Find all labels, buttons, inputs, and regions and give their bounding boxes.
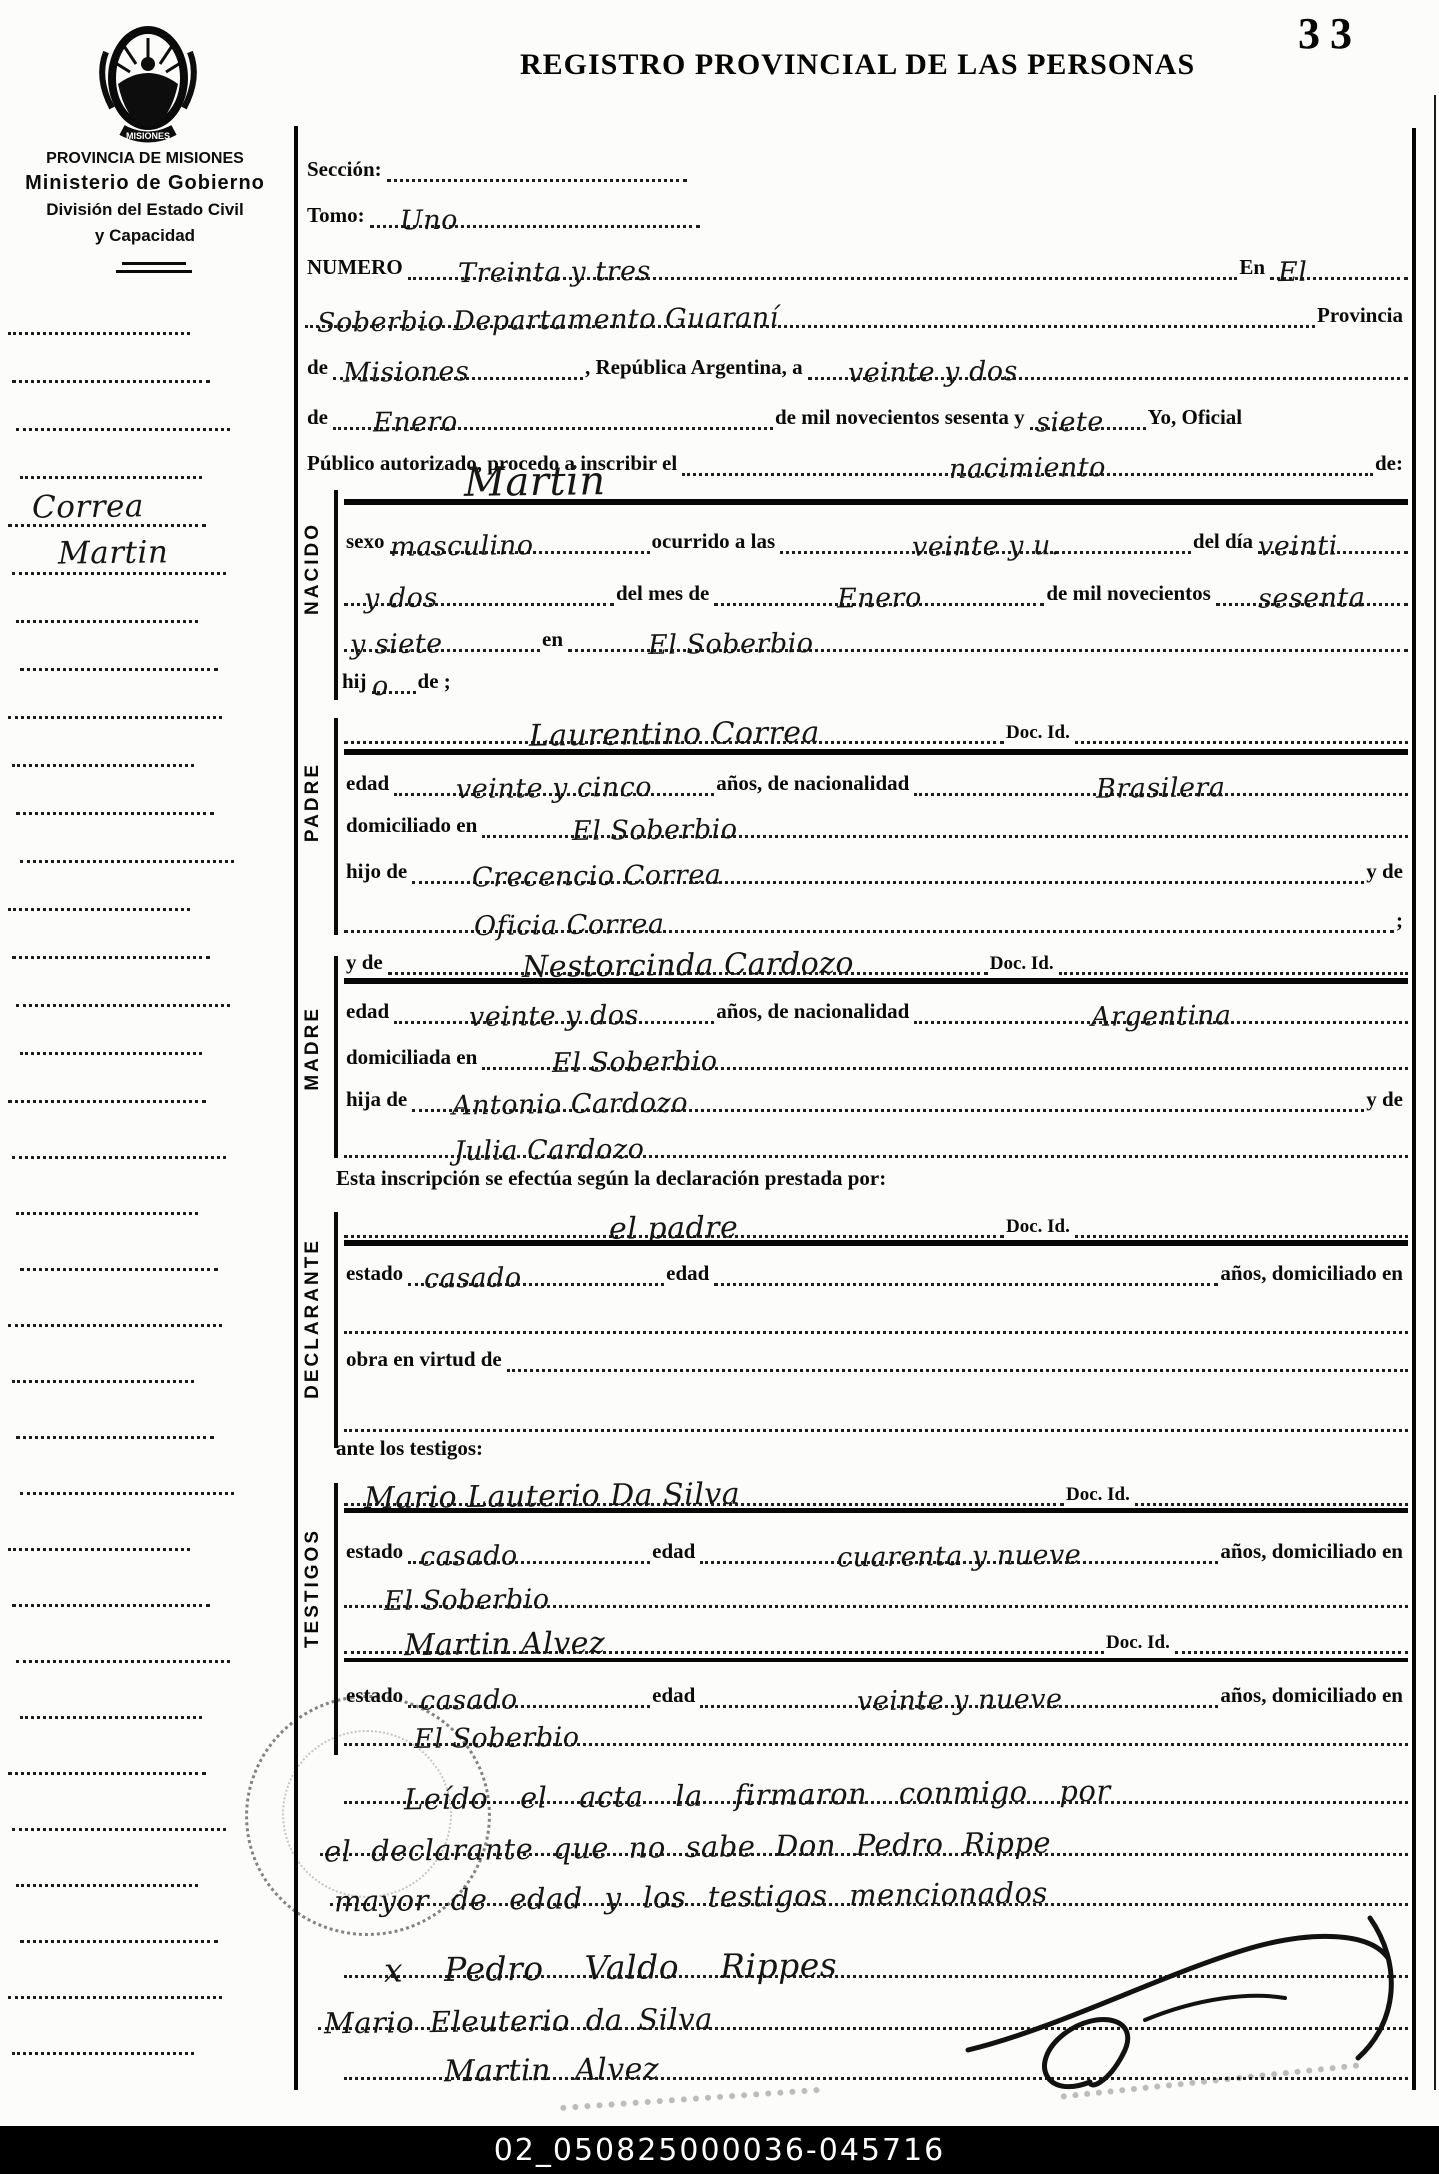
madre-abuelo-row: hija de Antonio Cardozo y de [344,1072,1408,1112]
testigo1-domicilio-row: El Soberbio [344,1568,1408,1608]
testigo2-doc-id-label: Doc. Id. [1104,1633,1175,1654]
padre-nombre-row: Laurentino Correa Doc. Id. [344,700,1408,744]
declarante-blank-row-1 [344,1294,1408,1334]
testigo1-doc-id-label: Doc. Id. [1064,1485,1135,1506]
scan-reference-number: 02_050825000036-045716 [494,2133,946,2168]
padre-abuela-row: Oficia Correa ; [344,893,1408,933]
declarante-blank-row-2 [344,1392,1408,1432]
nacido-section-bar [334,490,338,700]
padre-fin-label: ; [1394,910,1408,933]
testigos-section-label: TESTIGOS [302,1528,324,1648]
anio-value-handwritten: siete [1035,409,1103,437]
padre-hijo-de-label: hijo de [344,861,412,884]
declarante-doc-id-label: Doc. Id. [1004,1217,1075,1238]
margin-surname-handwritten: Correa [32,491,144,523]
padre-domicilio-value-handwritten: El Soberbio [572,816,738,845]
en-label: En [1237,257,1270,280]
madre-edad-row: edad veinte y dos años, de nacionalidad … [344,984,1408,1024]
page-right-edge-line [1434,95,1436,2090]
nacido-lugar-row: y siete en El Soberbio [344,612,1408,652]
hijo-label: hij [340,671,372,694]
testigo1-estado-row: estado casado edad cuarenta y nueve años… [344,1524,1408,1564]
sexo-value-handwritten: masculino [389,532,533,561]
numero-value-handwritten: Treinta y tres [458,258,651,287]
faint-stamp-mark-1 [560,2087,820,2111]
madre-nacionalidad-label: años, de nacionalidad [714,1001,914,1024]
padre-abuelo-value-handwritten: Crecencio Correa [472,861,722,891]
padre-edad-row: edad veinte y cinco años, de nacionalida… [344,756,1408,796]
nacido-anio-label: de mil novecientos [1044,583,1215,606]
testigo1-nombre-underline [344,1508,1408,1513]
firma3-handwritten: Martin Alvez [444,2055,660,2088]
padre-domicilio-label: domiciliado en [344,815,482,838]
nacido-name-underline [344,499,1408,505]
declarante-obra-row: obra en virtud de [344,1332,1408,1372]
seccion-blank [387,169,687,182]
letterhead-division: División del Estado Civil [0,200,290,220]
form-right-border [1412,128,1416,2090]
nacido-section-label: NACIDO [302,522,324,615]
hora-value-handwritten: veinte y u. [911,532,1059,561]
dia-value-handwritten: veinti [1258,533,1338,561]
tomo-value-handwritten: Uno [399,207,457,235]
provincia-misiones-crest-logo: MISIONES [92,18,204,148]
madre-y-de-label: y de [344,952,388,975]
nacido-hijo-row: hij o de ; [340,654,740,694]
provincia-row: de Misiones , República Argentina, a vei… [305,340,1408,380]
letterhead-rule-bottom [116,270,192,273]
madre-abuelo-value-handwritten: Antonio Cardozo [452,1090,688,1120]
dia-value2-handwritten: y dos [364,585,438,613]
testigo2-edad-label: edad [650,1685,700,1708]
lugar-row: Soberbio Departamento Guaraní Provincia [305,288,1408,328]
anio-label: de mil novecientos sesenta y [773,407,1030,430]
letterhead-rule-top [122,262,186,265]
provincia-label: Provincia [1315,305,1408,328]
republica-label: , República Argentina, a [583,357,808,380]
declarante-estado-label: estado [344,1263,408,1286]
en-value-handwritten: El [1278,259,1308,286]
tomo-label: Tomo: [305,205,370,228]
numero-label: NUMERO [305,257,408,280]
madre-nacionalidad-value-handwritten: Argentina [1091,1002,1232,1031]
declarante-estado-row: estado casado edad años, domiciliado en [344,1246,1408,1286]
testigo2-estado-row: estado casado edad veinte y nueve años, … [344,1668,1408,1708]
numero-row: NUMERO Treinta y tres En El [305,240,1408,280]
cierre-linea1-row: Leído el acta la firmaron conmigo por [344,1758,1408,1804]
hijo-de-label: de ; [416,671,456,694]
madre-y-de2-label: y de [1364,1089,1408,1112]
folio-number: 33 [1298,8,1362,59]
testigo1-nombre-row: Mario Lauterio Da Silva Doc. Id. [344,1462,1408,1506]
testigo2-nombre-underline [344,1658,1408,1662]
padre-abuelo-row: hijo de Crecencio Correa y de [344,844,1408,884]
declarante-estado-value-handwritten: casado [424,1264,522,1292]
testigo1-edad-value-handwritten: cuarenta y nueve [837,1542,1082,1572]
letterhead-province: PROVINCIA DE MISIONES [0,150,290,168]
margin-given-name-handwritten: Martin [58,537,169,569]
nacido-mes-row: y dos del mes de Enero de mil noveciento… [344,566,1408,606]
declaracion-heading: Esta inscripción se efectúa según la dec… [336,1166,886,1191]
padre-edad-label: edad [344,773,394,796]
lugar-value-handwritten: Soberbio Departamento Guaraní [317,304,779,337]
oficial-label: Yo, Oficial [1146,407,1248,430]
tomo-row: Tomo: Uno [305,188,1408,228]
testigo2-domicilio-label: años, domiciliado en [1218,1685,1408,1708]
scan-reference-bar: 02_050825000036-045716 [0,2126,1439,2174]
declarante-domicilio-label: años, domiciliado en [1218,1263,1408,1286]
crest-banner-text: MISIONES [126,131,170,141]
seccion-label: Sección: [305,159,387,182]
madre-edad-label: edad [344,1001,394,1024]
declarante-nombre-row: el padre Doc. Id. [344,1194,1408,1238]
testigo2-nombre-row: Martin Alvez Doc. Id. [344,1610,1408,1654]
de-label-2: de [305,407,333,430]
provincia-value-handwritten: Misiones [343,358,470,387]
dia-label: del día [1191,531,1258,554]
firma2-handwritten: Mario Eleuterio da Silva [324,2005,713,2039]
madre-abuela-row: Julia Cardozo [344,1118,1408,1158]
padre-nombre-handwritten: Laurentino Correa [528,718,819,752]
nacido-name-row: Martin [344,452,1408,502]
testigo1-edad-label: edad [650,1541,700,1564]
document-title: REGISTRO PROVINCIAL DE LAS PERSONAS [520,48,1195,82]
hora-label: ocurrido a las [650,531,781,554]
testigo1-domicilio-label: años, domiciliado en [1218,1541,1408,1564]
padre-doc-id-label: Doc. Id. [1004,723,1075,744]
padre-domicilio-row: domiciliado en El Soberbio [344,798,1408,838]
padre-y-de-label: y de [1364,861,1408,884]
madre-hija-de-label: hija de [344,1089,412,1112]
madre-abuela-value-handwritten: Julia Cardozo [454,1136,645,1165]
declarante-edad-label: edad [664,1263,714,1286]
madre-doc-id-label: Doc. Id. [988,954,1059,975]
testigos-heading: ante los testigos: [336,1436,483,1461]
padre-section-label: PADRE [302,762,324,842]
round-stamp-inner-ring [282,1730,452,1898]
padre-nacionalidad-label: años, de nacionalidad [714,773,914,796]
fecha-row: de Enero de mil novecientos sesenta y si… [305,390,1408,430]
testigo1-estado-label: estado [344,1541,408,1564]
padre-section-bar [334,718,338,935]
testigo2-domicilio-row: El Soberbio [344,1706,1408,1746]
nacido-nombre-handwritten: Martin [464,461,606,503]
declarante-obra-label: obra en virtud de [344,1349,507,1372]
civil-registry-certificate: 33 REGISTRO PROVINCIAL DE LAS PERSONAS M… [0,0,1439,2174]
testigo2-nombre-handwritten: Martin Alvez [404,1629,606,1661]
nacido-en-label: en [540,629,568,652]
madre-nombre-row: y de Nestorcinda Cardozo Doc. Id. [344,931,1408,975]
dia-value-handwritten: veinte y dos [847,358,1017,387]
declarante-section-label: DECLARANTE [302,1238,324,1399]
declarante-section-bar [334,1212,338,1448]
de-label-1: de [305,357,333,380]
mes-value-handwritten: Enero [373,408,458,436]
padre-nombre-underline [344,749,1408,755]
nacido-sexo-row: sexo masculino ocurrido a las veinte y u… [344,514,1408,554]
testigo1-estado-value-handwritten: casado [420,1542,518,1570]
madre-section-bar [334,956,338,1158]
madre-domicilio-row: domiciliada en El Soberbio [344,1030,1408,1070]
seccion-row: Sección: [305,142,1408,182]
letterhead-division2: y Capacidad [0,226,290,246]
madre-section-label: MADRE [302,1006,324,1091]
mes-label: del mes de [614,583,714,606]
firma1-handwritten: x Pedro Valdo Rippes [384,1948,838,1987]
letterhead-ministry: Ministerio de Gobierno [0,172,290,195]
official-signature-flourish [940,1900,1420,2100]
nacido-anio-value-handwritten: sesenta [1258,584,1366,612]
madre-domicilio-label: domiciliada en [344,1047,482,1070]
hijo-value-handwritten: o [371,673,388,700]
madre-edad-value-handwritten: veinte y dos [469,1002,639,1031]
sexo-label: sexo [344,531,390,554]
mes-value-handwritten: Enero [837,584,922,612]
cierre-linea1-handwritten: Leído el acta la firmaron conmigo por [404,1777,1111,1815]
